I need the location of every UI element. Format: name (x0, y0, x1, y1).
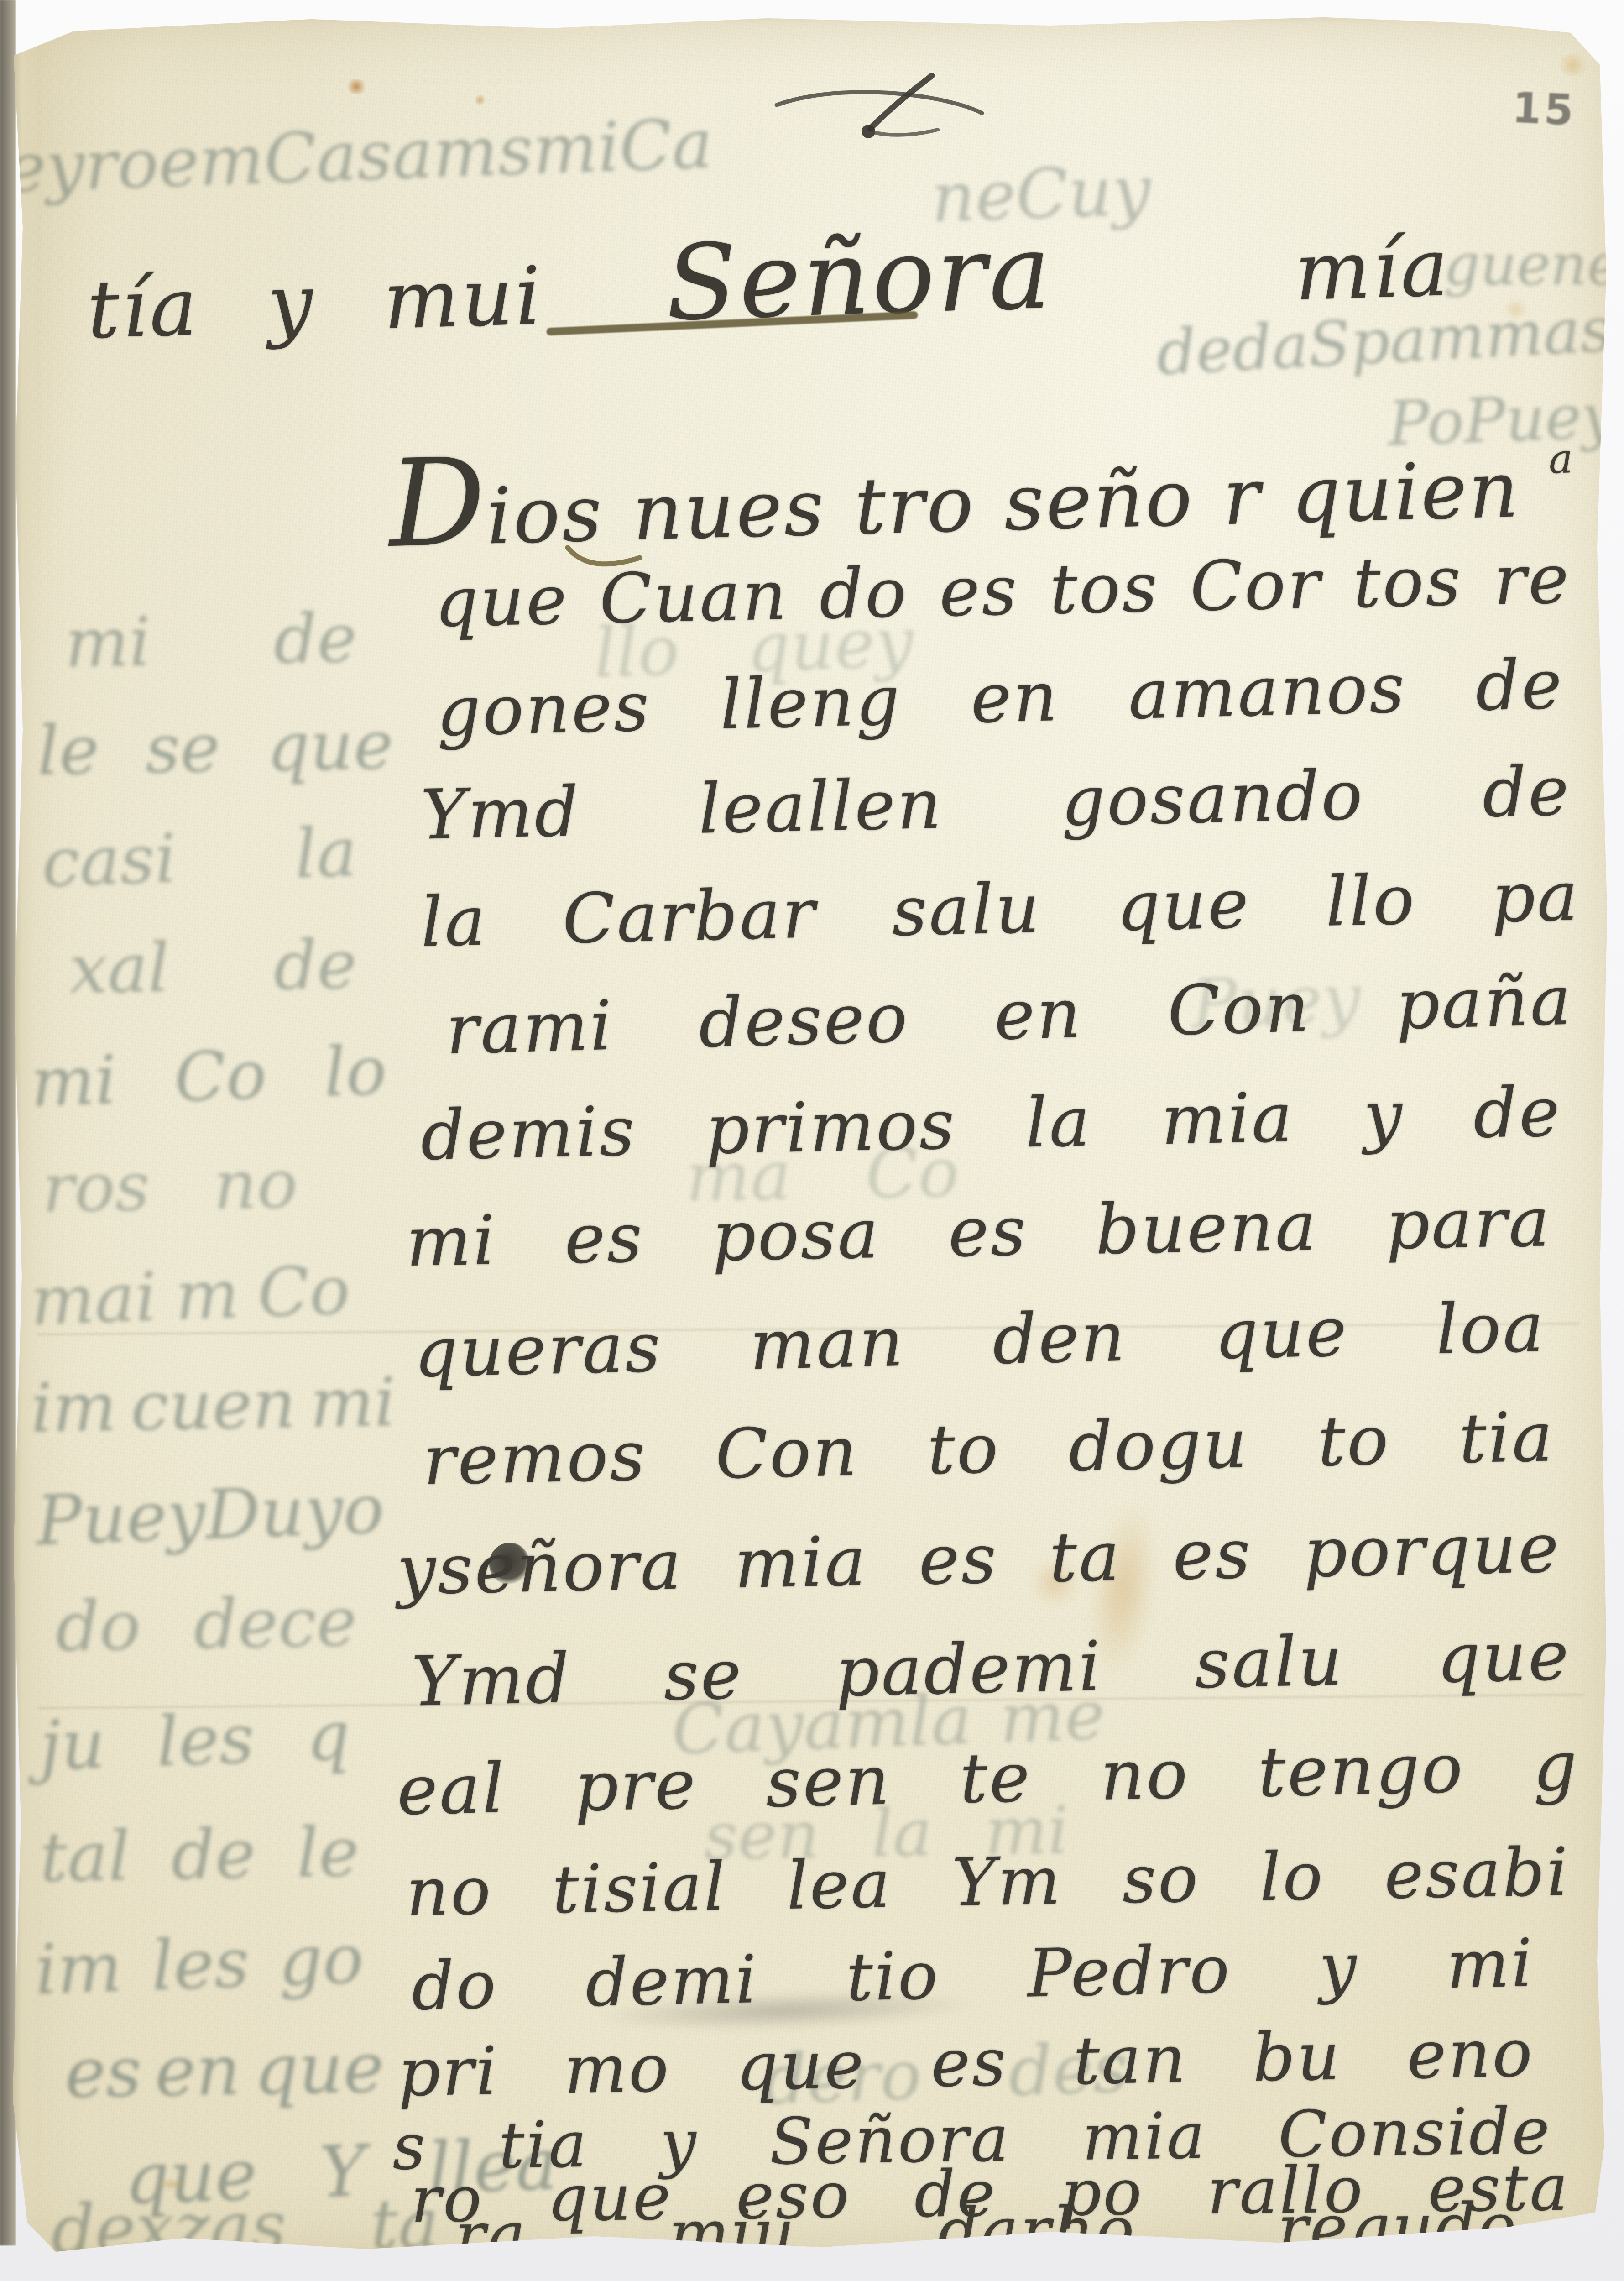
book-spine-edge (0, 0, 16, 2245)
page-number: 15 (1511, 83, 1577, 135)
pen-rest-mark (563, 541, 645, 578)
cross-mark (771, 68, 986, 146)
letter-paper: CamiCasamsemroPueyCuynemasSpamdadePueyPo… (10, 17, 1613, 2253)
scanned-letter-page: CamiCasamsemroPueyCuynemasSpamdadePueyPo… (0, 0, 1624, 2281)
marks-layer: 15 (10, 17, 1613, 2253)
